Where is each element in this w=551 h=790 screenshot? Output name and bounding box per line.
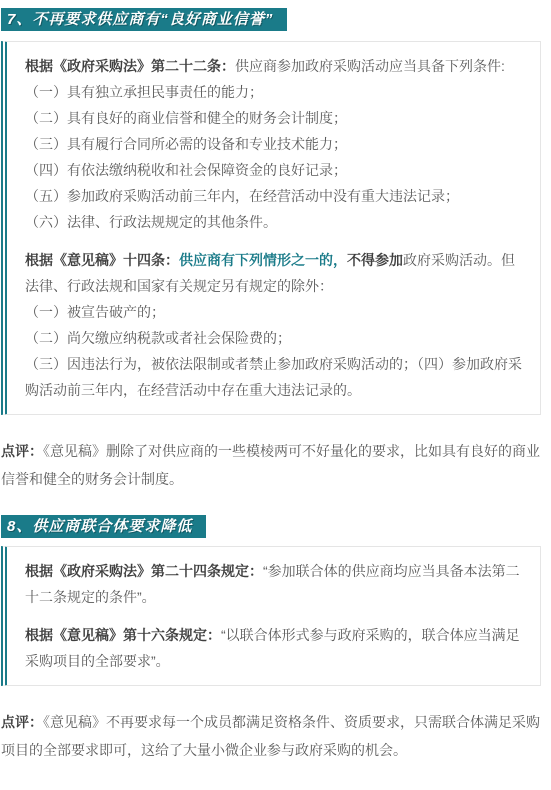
law-24-intro: 根据《政府采购法》第二十四条规定：“参加联合体的供应商均应当具备本法第二十二条规… xyxy=(25,558,522,610)
section8-heading: 8、供应商联合体要求降低 xyxy=(1,515,206,538)
law-24-reference: 根据《政府采购法》第二十四条规定： xyxy=(25,563,263,579)
law-22-intro: 根据《政府采购法》第二十二条：供应商参加政府采购活动应当具备下列条件: xyxy=(25,53,522,79)
condition-item: （五）参加政府采购活动前三年内，在经营活动中没有重大违法记录； xyxy=(25,183,522,209)
draft-14-intro: 根据《意见稿》十四条：供应商有下列情形之一的，不得参加政府采购活动。但法律、行政… xyxy=(25,247,522,299)
condition-item: （二）具有良好的商业信誉和健全的财务会计制度； xyxy=(25,105,522,131)
comment-label: 点评： xyxy=(1,714,43,730)
section8-heading-row: 8、供应商联合体要求降低 xyxy=(1,515,541,538)
section7-quote-box: 根据《政府采购法》第二十二条：供应商参加政府采购活动应当具备下列条件: （一）具… xyxy=(1,41,541,415)
comment-text: 《意见稿》删除了对供应商的一些模棱两可不好量化的要求，比如具有良好的商业信誉和健… xyxy=(1,443,540,487)
situation-item: （三）因违法行为，被依法限制或者禁止参加政府采购活动的；（四）参加政府采购活动前… xyxy=(25,351,522,403)
article-page: 7、不再要求供应商有“良好商业信誉” 根据《政府采购法》第二十二条：供应商参加政… xyxy=(0,0,551,790)
section8-comment: 点评：《意见稿》不再要求每一个成员都满足资格条件、资质要求，只需联合体满足采购项… xyxy=(1,708,541,764)
draft-16-reference: 根据《意见稿》第十六条规定： xyxy=(25,627,221,643)
situation-item: （一）被宣告破产的； xyxy=(25,299,522,325)
section7-heading-row: 7、不再要求供应商有“良好商业信誉” xyxy=(1,8,541,31)
condition-item: （六）法律、行政法规规定的其他条件。 xyxy=(25,209,522,235)
draft-14-reference: 根据《意见稿》十四条： xyxy=(25,252,179,268)
condition-item: （一）具有独立承担民事责任的能力； xyxy=(25,79,522,105)
condition-item: （四）有依法缴纳税收和社会保障资金的良好记录； xyxy=(25,157,522,183)
condition-item: （三）具有履行合同所必需的设备和专业技术能力； xyxy=(25,131,522,157)
section8-quote-box: 根据《政府采购法》第二十四条规定：“参加联合体的供应商均应当具备本法第二十二条规… xyxy=(1,546,541,686)
comment-label: 点评： xyxy=(1,443,43,459)
situation-item: （二）尚欠缴应纳税款或者社会保险费的； xyxy=(25,325,522,351)
draft-16-intro: 根据《意见稿》第十六条规定：“以联合体形式参与政府采购的，联合体应当满足采购项目… xyxy=(25,622,522,674)
draft-14-forbid: 不得参加 xyxy=(347,252,403,268)
law-22-reference: 根据《政府采购法》第二十二条： xyxy=(25,58,235,74)
law-22-intro-text: 供应商参加政府采购活动应当具备下列条件: xyxy=(235,58,505,74)
section7-heading: 7、不再要求供应商有“良好商业信誉” xyxy=(1,8,287,31)
comment-text: 《意见稿》不再要求每一个成员都满足资格条件、资质要求，只需联合体满足采购项目的全… xyxy=(1,714,540,758)
section7-comment: 点评：《意见稿》删除了对供应商的一些模棱两可不好量化的要求，比如具有良好的商业信… xyxy=(1,437,541,493)
draft-14-highlight: 供应商有下列情形之一的， xyxy=(179,252,347,268)
